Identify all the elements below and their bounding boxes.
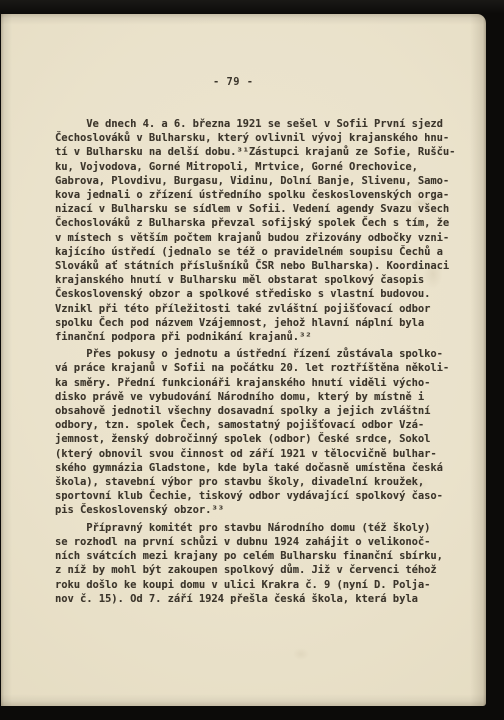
paragraph: Přes pokusy o jednotu a ústřední řízení …	[55, 347, 475, 517]
book-page: - 79 - Ve dnech 4. a 6. března 1921 se s…	[1, 14, 486, 706]
page-number: - 79 -	[213, 75, 254, 89]
document-scan: - 79 - Ve dnech 4. a 6. března 1921 se s…	[0, 0, 504, 720]
text-block: Ve dnech 4. a 6. března 1921 se sešel v …	[55, 117, 475, 609]
paragraph: Přípravný komitét pro stavbu Národního d…	[55, 521, 475, 606]
paragraph: Ve dnech 4. a 6. března 1921 se sešel v …	[55, 117, 475, 344]
